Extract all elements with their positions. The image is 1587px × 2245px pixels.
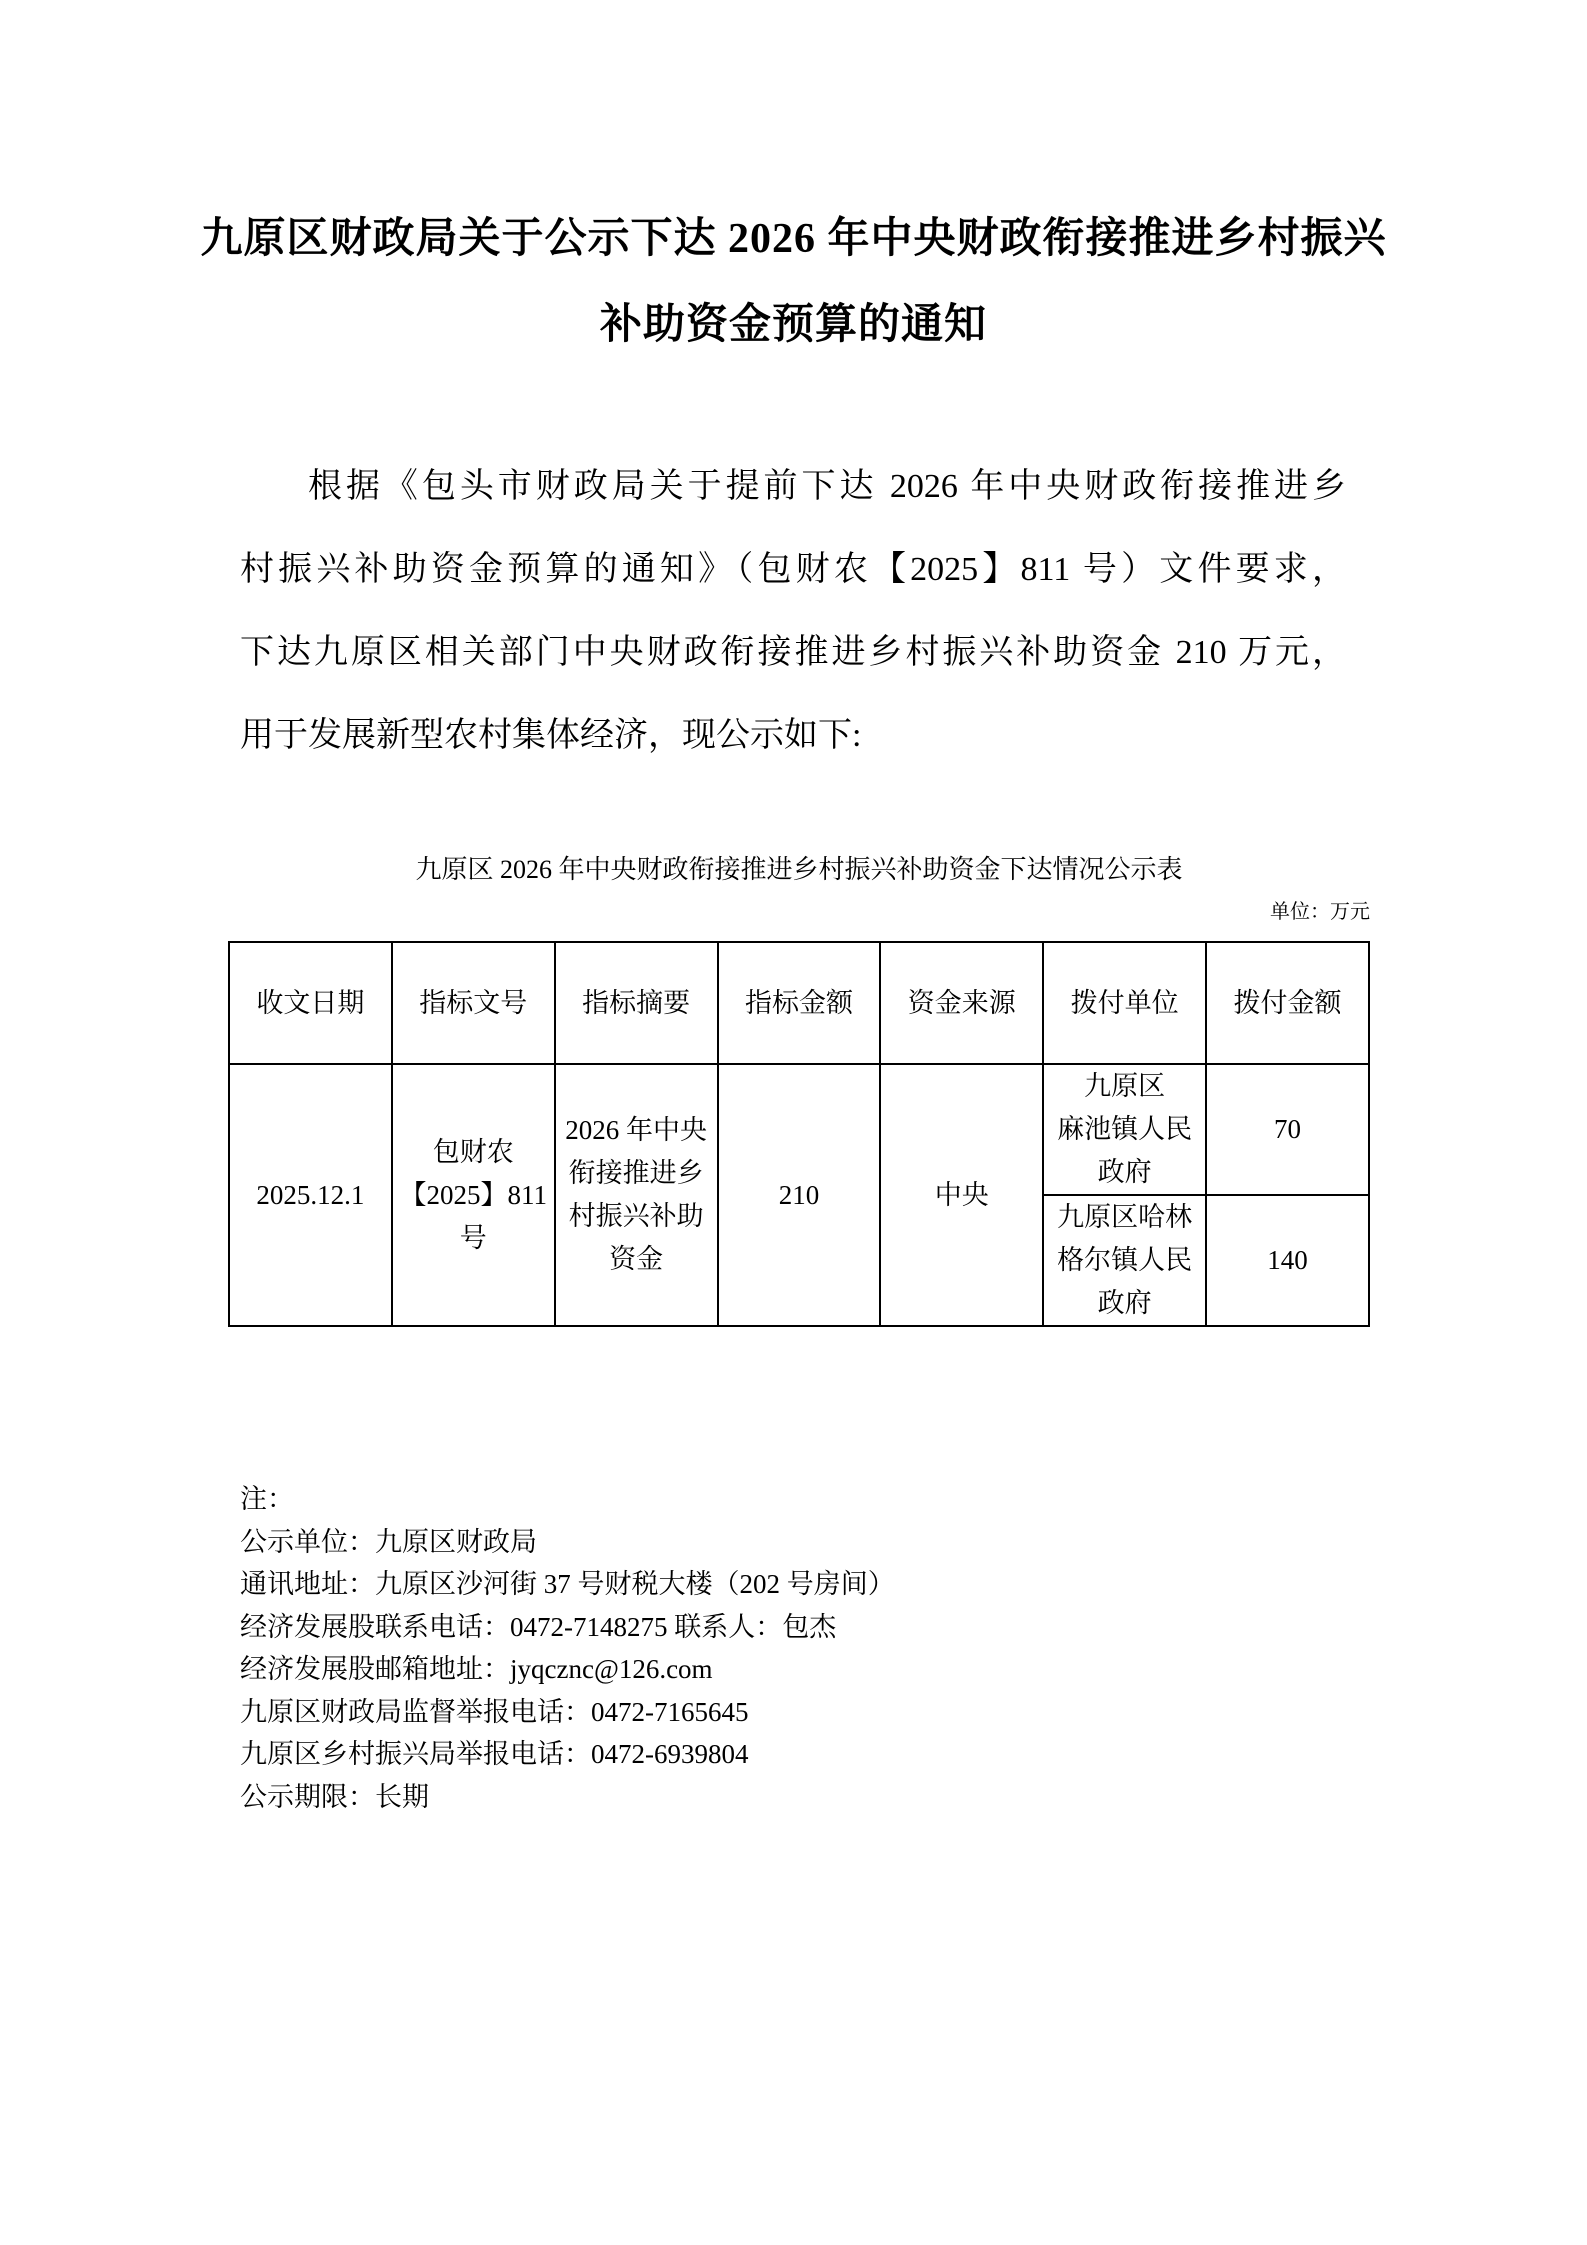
cell-summary: 2026 年中央 衔接推进乡 村振兴补助 资金: [555, 1064, 718, 1326]
paragraph-line: 用于发展新型农村集体经济，现公示如下:: [240, 694, 1346, 777]
paragraph-line: 下达九原区相关部门中央财政衔接推进乡村振兴补助资金 210 万元，: [240, 611, 1346, 694]
note-line: 九原区乡村振兴局举报电话：0472-6939804: [240, 1733, 895, 1776]
document-title-line-1: 九原区财政局关于公示下达 2026 年中央财政衔接推进乡村振兴: [0, 196, 1587, 282]
cell-funding-source: 中央: [880, 1064, 1043, 1326]
note-line: 注：: [240, 1478, 895, 1521]
header-amount: 指标金额: [718, 942, 881, 1064]
document-title-line-2: 补助资金预算的通知: [0, 282, 1587, 368]
paragraph-line: 村振兴补助资金预算的通知》（包财农【2025】811 号）文件要求，: [240, 528, 1346, 611]
grant-allocation-table: 收文日期 指标文号 指标摘要 指标金额 资金来源 拨付单位 拨付金额 2025.…: [228, 941, 1370, 1327]
note-line: 公示期限：长期: [240, 1776, 895, 1819]
cell-receive-date: 2025.12.1: [229, 1064, 392, 1326]
note-line: 通讯地址：九原区沙河街 37 号财税大楼（202 号房间）: [240, 1563, 895, 1606]
note-line: 经济发展股联系电话：0472-7148275 联系人：包杰: [240, 1606, 895, 1649]
document-title: 九原区财政局关于公示下达 2026 年中央财政衔接推进乡村振兴 补助资金预算的通…: [0, 196, 1587, 368]
table-row: 2025.12.1 包财农 【2025】811 号 2026 年中央 衔接推进乡…: [229, 1064, 1369, 1195]
header-payment-amount: 拨付金额: [1206, 942, 1369, 1064]
note-line: 经济发展股邮箱地址：jyqcznc@126.com: [240, 1648, 895, 1691]
cell-doc-number: 包财农 【2025】811 号: [392, 1064, 555, 1326]
note-line: 公示单位：九原区财政局: [240, 1521, 895, 1564]
unit-label: 单位：万元: [228, 898, 1370, 926]
paragraph-line: 根据《包头市财政局关于提前下达 2026 年中央财政衔接推进乡: [240, 445, 1346, 528]
notes-section: 注： 公示单位：九原区财政局 通讯地址：九原区沙河街 37 号财税大楼（202 …: [240, 1478, 895, 1818]
cell-payment-unit-1: 九原区 麻池镇人民 政府: [1043, 1064, 1206, 1195]
header-summary: 指标摘要: [555, 942, 718, 1064]
body-paragraph: 根据《包头市财政局关于提前下达 2026 年中央财政衔接推进乡 村振兴补助资金预…: [240, 445, 1346, 777]
table-header-row: 收文日期 指标文号 指标摘要 指标金额 资金来源 拨付单位 拨付金额: [229, 942, 1369, 1064]
cell-amount: 210: [718, 1064, 881, 1326]
table-caption: 九原区 2026 年中央财政衔接推进乡村振兴补助资金下达情况公示表: [228, 852, 1370, 888]
header-receive-date: 收文日期: [229, 942, 392, 1064]
header-doc-number: 指标文号: [392, 942, 555, 1064]
cell-payment-unit-2: 九原区哈林 格尔镇人民 政府: [1043, 1195, 1206, 1326]
header-payment-unit: 拨付单位: [1043, 942, 1206, 1064]
cell-payment-amount-2: 140: [1206, 1195, 1369, 1326]
header-funding-source: 资金来源: [880, 942, 1043, 1064]
cell-payment-amount-1: 70: [1206, 1064, 1369, 1195]
note-line: 九原区财政局监督举报电话：0472-7165645: [240, 1691, 895, 1734]
